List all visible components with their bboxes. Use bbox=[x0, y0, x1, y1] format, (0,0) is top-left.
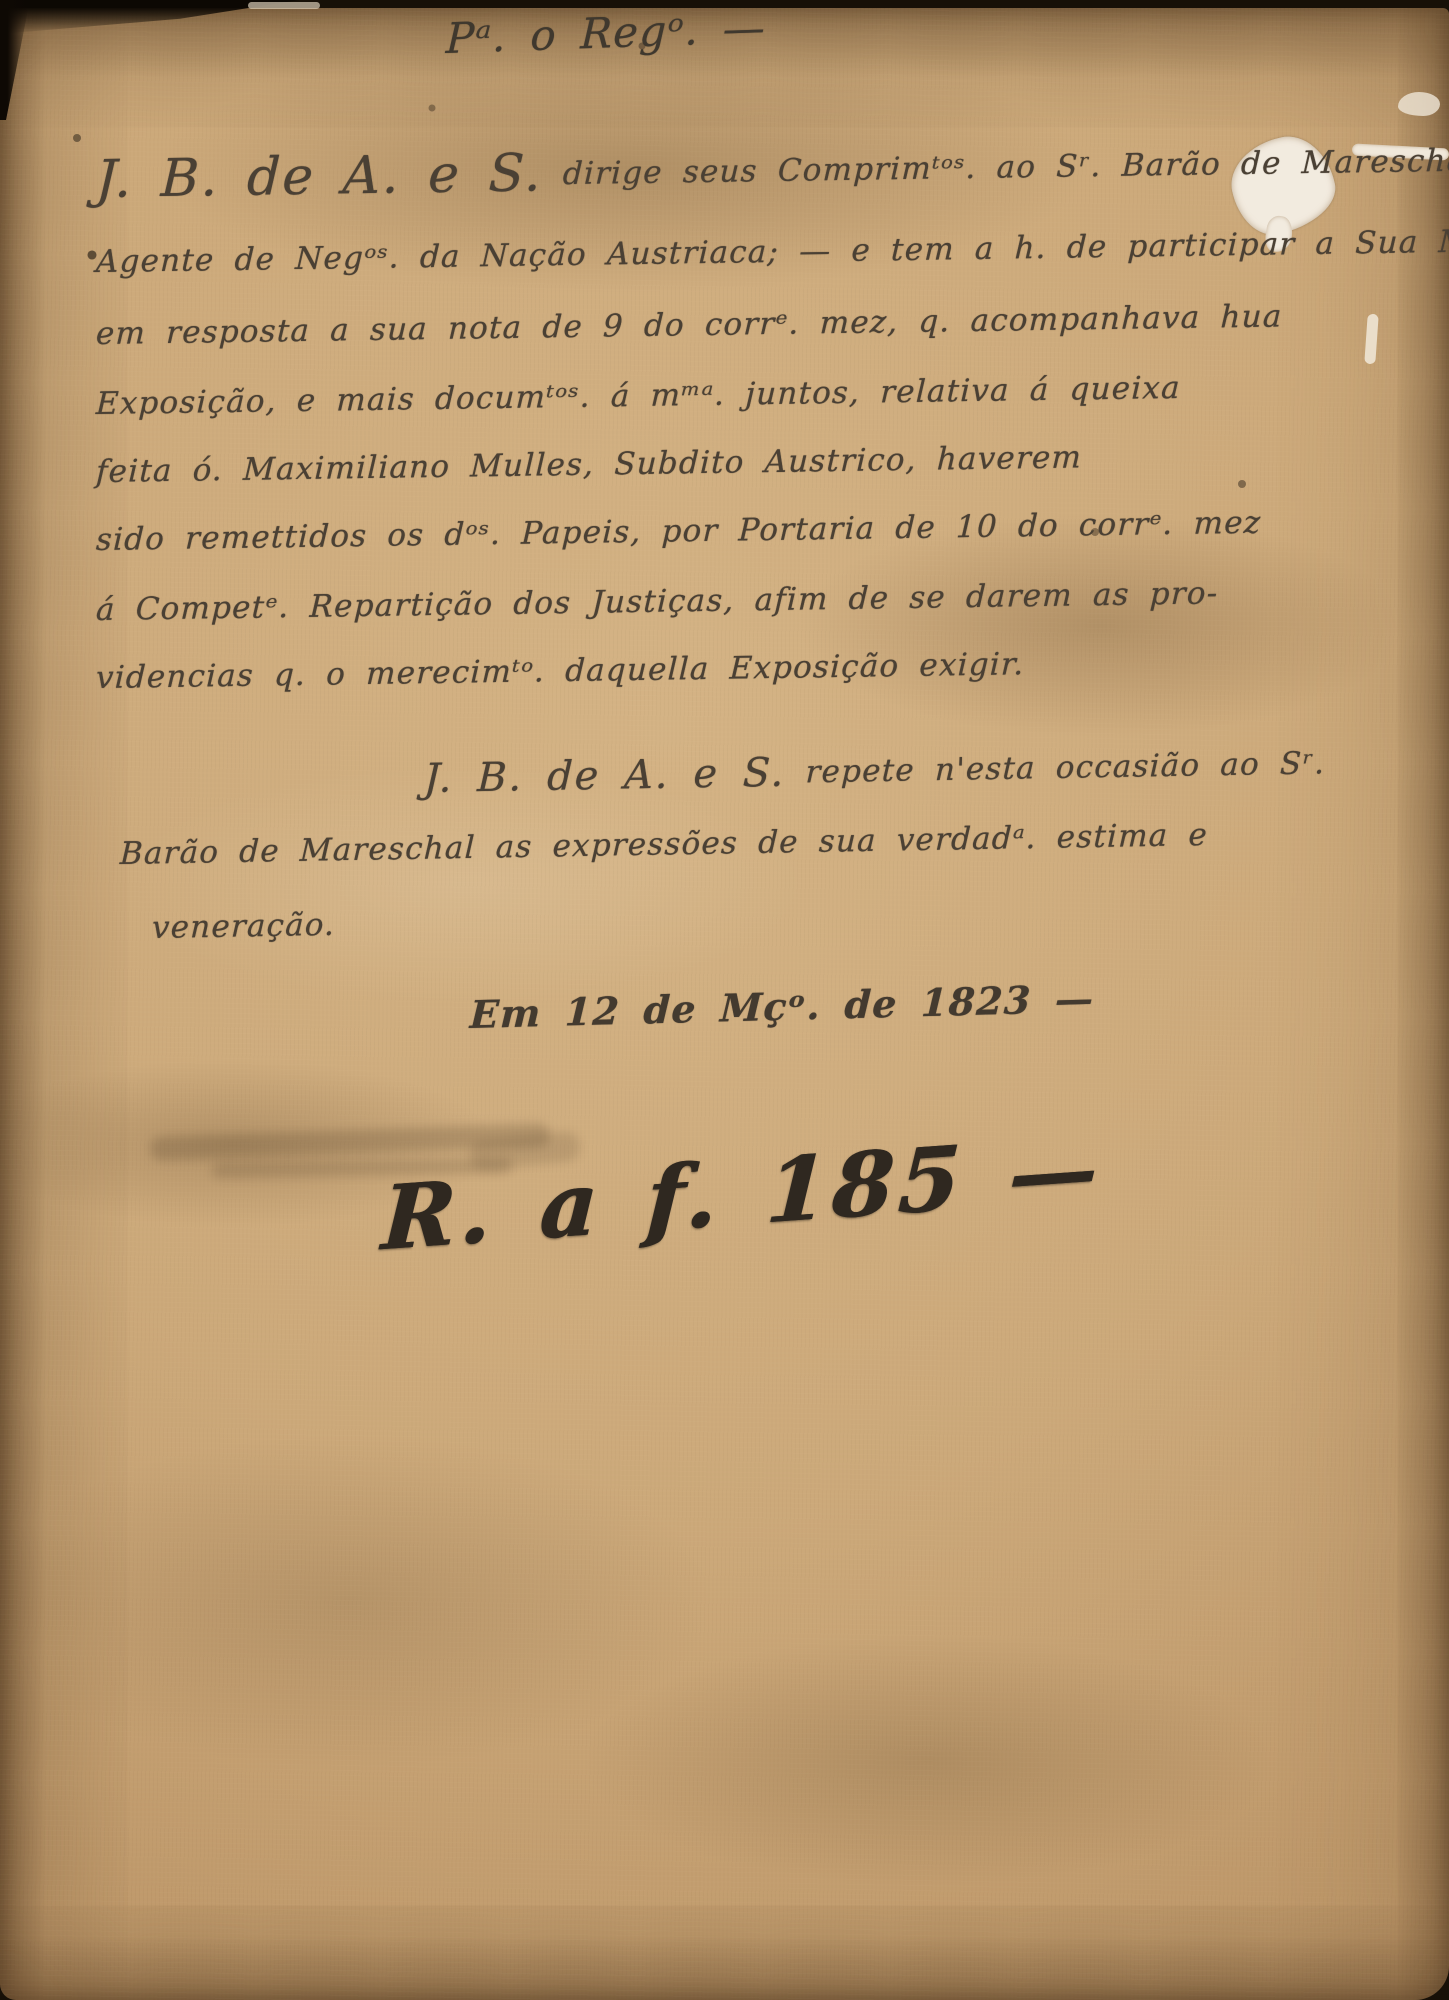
manuscript-line: á Competᵉ. Repartição dos Justiças, afim… bbox=[95, 575, 1219, 628]
closing-line: Barão de Mareschal as expressões de sua … bbox=[119, 817, 1208, 872]
closing-line: veneração. bbox=[151, 907, 336, 946]
manuscript-line: J. B. de A. e S. dirige seus Comprimᵗᵒˢ.… bbox=[95, 129, 1449, 210]
manuscript-line: em resposta a sua nota de 9 do corrᵉ. me… bbox=[95, 298, 1283, 352]
manuscript-line: Exposição, e mais documᵗᵒˢ. á mᵐᵃ. junto… bbox=[95, 370, 1181, 422]
sender-initials: J. B. de A. e S. bbox=[95, 143, 544, 210]
edge-shadow-left bbox=[0, 0, 30, 120]
paper-edge-glint bbox=[248, 2, 320, 9]
manuscript-line: Agente de Negᵒˢ. da Nação Austriaca; — e… bbox=[95, 223, 1449, 280]
closing-line-text: repete n'esta occasião ao Sʳ. bbox=[805, 745, 1326, 790]
manuscript-photo: Pᵃ. o Regᵒ. — J. B. de A. e S. dirige se… bbox=[0, 0, 1449, 2000]
manuscript-line: sido remettidos os dᵒˢ. Papeis, por Port… bbox=[95, 505, 1262, 558]
date-line: Em 12 de Mçᵒ. de 1823 — bbox=[469, 976, 1095, 1037]
paper-damage-spot bbox=[1398, 92, 1440, 116]
registry-header: Pᵃ. o Regᵒ. — bbox=[445, 3, 767, 63]
ink-specks bbox=[0, 8, 4, 12]
registry-folio-note: R. a f. 185 — bbox=[379, 1115, 1104, 1270]
bleedthrough-smudge bbox=[150, 1123, 551, 1161]
paper-sheet: Pᵃ. o Regᵒ. — J. B. de A. e S. dirige se… bbox=[0, 8, 1449, 2000]
closing-line: J. B. de A. e S. repete n'esta occasião … bbox=[423, 740, 1326, 802]
paper-damage-streak bbox=[1364, 314, 1378, 365]
sender-initials: J. B. de A. e S. bbox=[423, 750, 786, 802]
manuscript-line: videncias q. o merecimᵗᵒ. daquella Expos… bbox=[95, 646, 1025, 696]
manuscript-line-text: dirige seus Comprimᵗᵒˢ. ao Sʳ. Barão de … bbox=[562, 142, 1449, 192]
manuscript-line: feita ó. Maximiliano Mulles, Subdito Aus… bbox=[95, 439, 1082, 490]
